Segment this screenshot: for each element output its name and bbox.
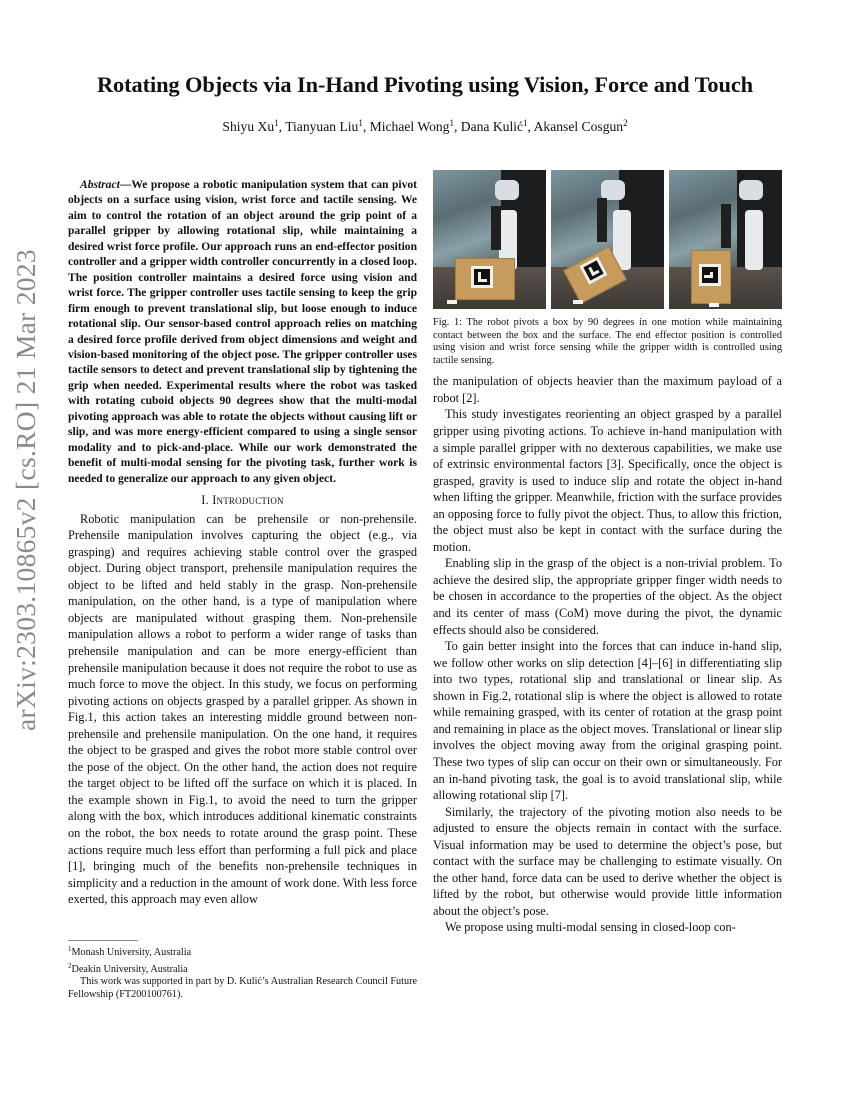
abstract-label: Abstract [80,179,120,191]
intro-paragraph: To gain better insight into the forces t… [433,638,782,803]
intro-paragraph: Similarly, the trajectory of the pivotin… [433,804,782,920]
arxiv-id-text: arXiv:2303.10865v2 [cs.RO] 21 Mar 2023 [10,249,42,731]
intro-paragraph: Robotic manipulation can be prehensile o… [68,511,417,908]
intro-paragraph-continued: the manipulation of objects heavier than… [433,373,782,406]
intro-paragraph: Enabling slip in the grasp of the object… [433,555,782,638]
figure-photo-2 [551,170,664,309]
footnote-funding: This work was supported in part by D. Ku… [68,976,417,1001]
intro-paragraph: This study investigates reorienting an o… [433,406,782,555]
figure-1 [433,170,782,309]
right-column: Fig. 1: The robot pivots a box by 90 deg… [433,170,782,936]
figure-photo-3 [669,170,782,309]
author: Shiyu Xu1 [222,119,278,134]
footnote-divider [68,940,138,941]
footnote-affiliation-2: 2Deakin University, Australia [68,960,417,977]
figure-1-caption: Fig. 1: The robot pivots a box by 90 deg… [433,317,782,367]
abstract: Abstract—We propose a robotic manipulati… [68,178,417,487]
arxiv-identifier-stamp: arXiv:2303.10865v2 [cs.RO] 21 Mar 2023 [6,290,46,690]
author-list: Shiyu Xu1, Tianyuan Liu1, Michael Wong1,… [40,118,810,135]
author: Tianyuan Liu1 [285,119,363,134]
footnotes: 1Monash University, Australia 2Deakin Un… [68,943,417,1001]
section-heading-introduction: I. Introduction [68,492,417,509]
left-column: Abstract—We propose a robotic manipulati… [68,178,417,908]
paper-title: Rotating Objects via In-Hand Pivoting us… [40,72,810,98]
author: Dana Kulić1 [461,119,528,134]
footnote-affiliation-1: 1Monash University, Australia [68,943,417,960]
figure-photo-1 [433,170,546,309]
abstract-text: —We propose a robotic manipulation syste… [68,179,417,485]
intro-paragraph: We propose using multi-modal sensing in … [433,919,782,936]
author: Akansel Cosgun2 [534,119,628,134]
author: Michael Wong1 [370,119,454,134]
